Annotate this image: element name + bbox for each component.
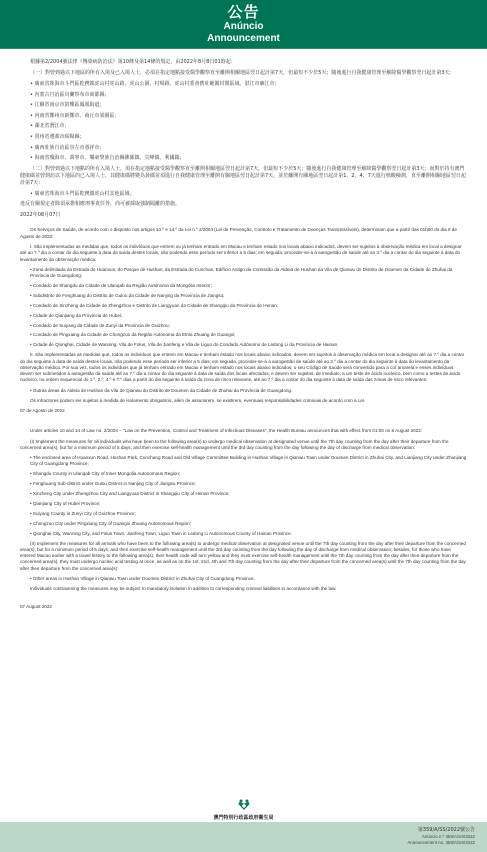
list-item: • 江蘇省南京市鼓樓區鳳凰街道；	[20, 102, 467, 109]
list-item: • Fenghuang Sub-district under Gulou Dis…	[20, 481, 467, 487]
list-item: • Outras áreas da Aldeia de Hushan da Vi…	[20, 388, 467, 394]
english-section: Under articles 10 and 14 of Law no. 2/20…	[20, 428, 467, 610]
list-item: • Qianjiang City of Hubei Province;	[20, 501, 467, 507]
announcement-body: 根據第2/2004號法律《傳染病防治法》第10條及第14條的規定，由2022年8…	[0, 49, 487, 611]
list-item: • 廣西壯族自治區崇左市憑祥市；	[20, 145, 467, 152]
zh-closing: 違反有關規定者除須承擔相應刑事責任外，尚可被採取強制隔離的措施。	[20, 201, 467, 208]
pt-section-2: II. São implementadas as medidas que, to…	[20, 352, 467, 383]
list-item: • Other areas in Hushan Village in Qianw…	[20, 576, 467, 582]
health-bureau-logo: 澳門特別行政區政府衛生局 Serviços de Saúde do Govern…	[0, 797, 487, 825]
list-item: • Condado de Suiyang da Cidade de Zunyi …	[20, 323, 467, 329]
title-pt: Anúncio	[0, 21, 487, 33]
list-item: • Zona delimitada da Estrada do Huanxun,…	[20, 267, 467, 280]
list-item: • Condado de Shangdu da Cidade de Ulanqa…	[20, 283, 467, 289]
health-bureau-heart-cross-icon	[238, 797, 250, 808]
en-intro: Under articles 10 and 14 of Law no. 2/20…	[20, 428, 467, 434]
announcement-header: 公告 Anúncio Announcement	[0, 0, 487, 49]
pt-section-1: I. São implementadas as medidas que, tod…	[20, 244, 467, 263]
en-date: 07 August 2022	[20, 604, 467, 610]
pt-closing: Os infractores podem ser sujeitos à medi…	[20, 398, 467, 404]
list-item: • Qionghai City, Wanning City, and Folus…	[20, 531, 467, 537]
list-item: • 貴州省遵義市綏陽縣；	[20, 134, 467, 141]
list-item: • 廣東省珠海市斗門區乾務鎮虎山村其他區域。	[20, 191, 467, 198]
zh-intro: 根據第2/2004號法律《傳染病防治法》第10條及第14條的規定，由2022年8…	[20, 59, 467, 66]
list-item: • Condado de Xinzheng da Cidade de Zheng…	[20, 303, 467, 309]
list-item: • Condado de Pingxiang da Cidade de Chon…	[20, 332, 467, 338]
announcement-number-en: Announcement no. 359/A/SS/2022	[0, 840, 475, 846]
title-en: Announcement	[0, 33, 487, 45]
list-item: • 海南省瓊海市、萬寧市、樂東黎族自治縣佛羅鎮、尖峰鎮、利國鎮；	[20, 155, 467, 162]
announcement-number-zh: 第359/A/SS/2022號公告	[0, 822, 475, 834]
list-item: • Cidade de Qionghai, Cidade de Wanning,…	[20, 342, 467, 348]
list-item: • Xinzheng City under Zhengzhou City and…	[20, 491, 467, 497]
list-item: • Chongzuo City under Pingxiang City of …	[20, 521, 467, 527]
en-closing: Individuals contravening the measures ma…	[20, 586, 467, 592]
en-section-1: (I) Implement the measures for all indiv…	[20, 439, 467, 452]
list-item: • 湖北省潛江市；	[20, 123, 467, 130]
en-section-2: (II) Implement the measures for all arri…	[20, 541, 467, 572]
list-item: • 廣東省珠海市斗門區乾務鎮虎山村虎山路、虎山公園、村場路、虎山村委會舊址範圍封…	[20, 81, 467, 88]
list-item: • 河南省鄭州市新鄭市、商丘市梁園區；	[20, 113, 467, 120]
chinese-section: 根據第2/2004號法律《傳染病防治法》第10條及第14條的規定，由2022年8…	[20, 59, 467, 219]
zh-section-1: （一）對曾到過以下地區的所有入境及已入境人士，必須在指定地點接受醫學觀察直至離開…	[20, 70, 467, 77]
zh-date: 2022年08月07日	[20, 212, 467, 219]
pt-date: 07 de Agosto de 2022	[20, 408, 467, 414]
pt-intro: Os Serviços de Saúde, de acordo com o di…	[20, 227, 467, 240]
announcement-footer: 第359/A/SS/2022號公告 Anúncio n.º 359/A/SS/2…	[0, 822, 487, 852]
title-zh: 公告	[0, 0, 487, 21]
zh-section-2: （二）對曾到過以下地點的所有入境人士，須在指定地點接受醫學觀察直至離開相關地區翌…	[20, 166, 467, 187]
list-item: • Subdistrito de Fenghuang do Distrito d…	[20, 293, 467, 299]
list-item: • Suiyang County in Zunyi City of Guizho…	[20, 511, 467, 517]
list-item: • Cidade de Qianjiang da Província de Hu…	[20, 313, 467, 319]
list-item: • Shangdu County in Ulanqab City of Inne…	[20, 471, 467, 477]
list-item: • 內蒙古自治區烏蘭察布市商都縣；	[20, 92, 467, 99]
portuguese-section: Os Serviços de Saúde, de acordo com o di…	[20, 227, 467, 414]
list-item: • The enclosed area of Huanxun Road, Hus…	[20, 455, 467, 468]
